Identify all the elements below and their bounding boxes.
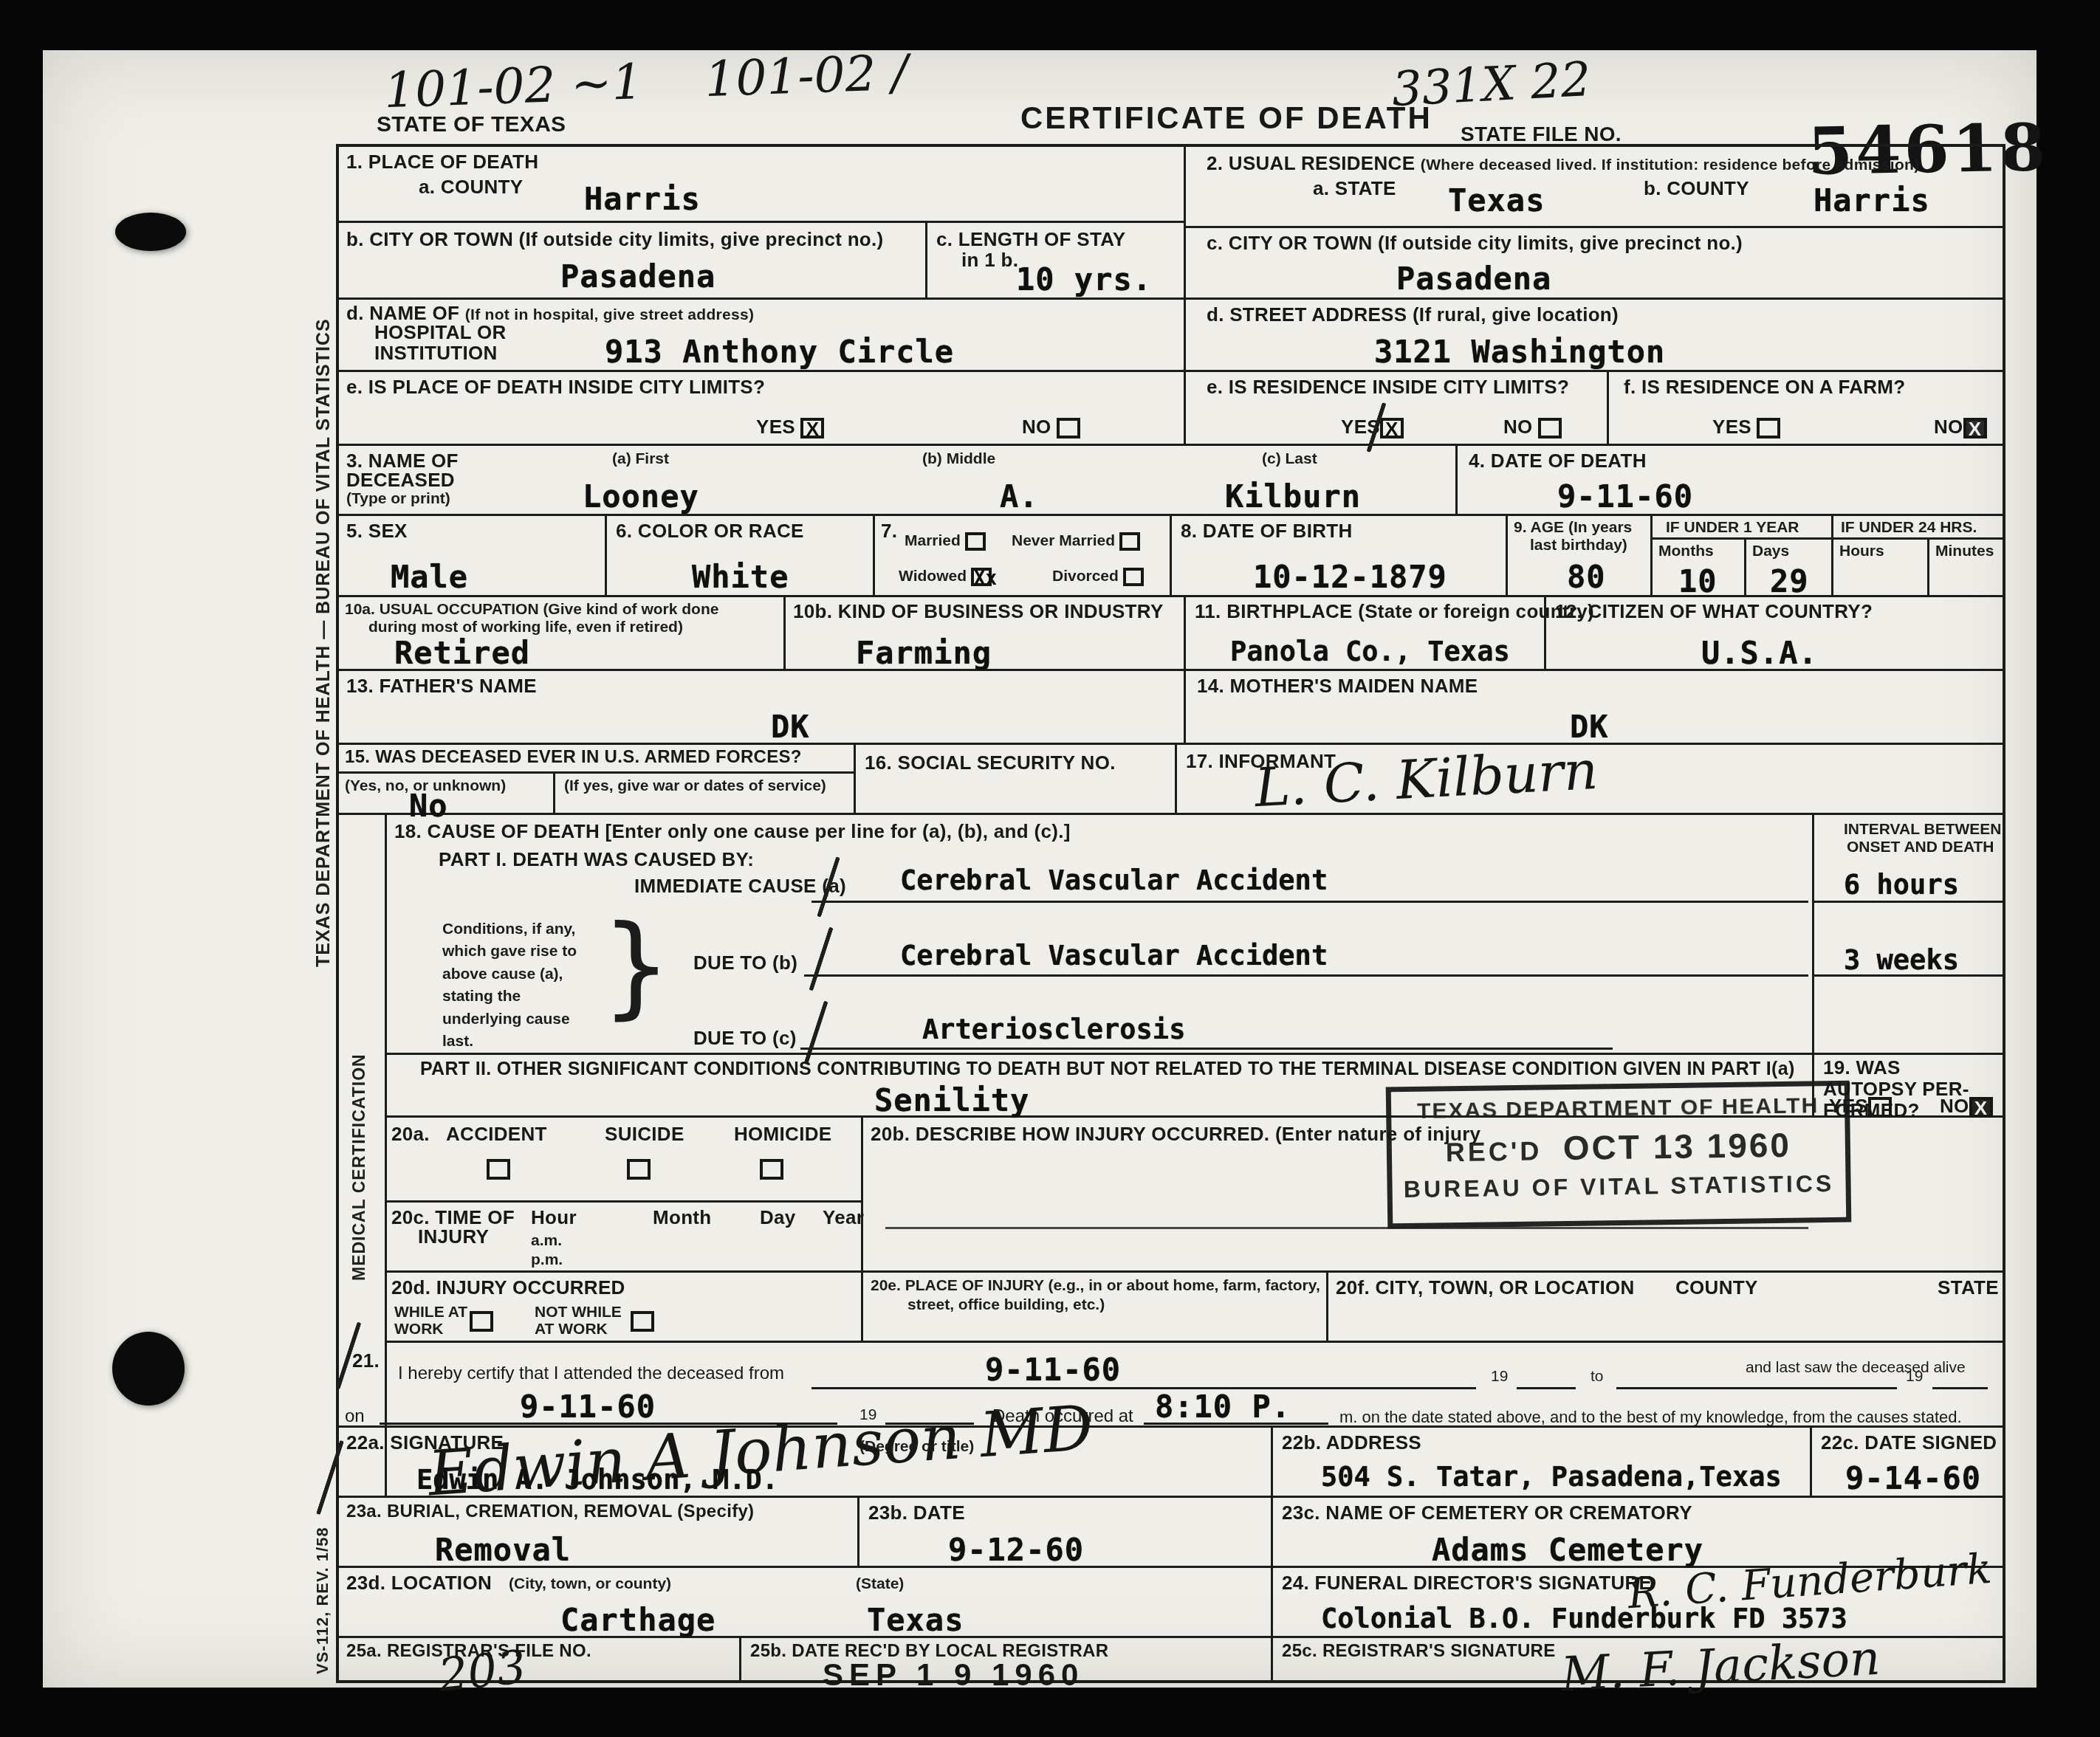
middle-name-label: (b) Middle bbox=[922, 450, 995, 467]
field-res-city-limits: e. IS RESIDENCE INSIDE CITY LIMITS? YESX… bbox=[1186, 372, 1609, 446]
degree-label: (Degree or title) bbox=[859, 1438, 974, 1455]
field-23a-burial: 23a. BURIAL, CREMATION, REMOVAL (Specify… bbox=[339, 1498, 859, 1568]
physician-name-typed: Edwin A. Johnson, M.D. bbox=[416, 1466, 778, 1493]
pod-stay-label2: in 1 b. bbox=[961, 250, 1018, 271]
field-res-street: d. STREET ADDRESS (If rural, give locati… bbox=[1186, 300, 2003, 372]
received-stamp: TEXAS DEPARTMENT OF HEALTH REC'D OCT 13 … bbox=[1386, 1081, 1852, 1229]
field-22c-date-signed: 22c. DATE SIGNED 9-14-60 bbox=[1812, 1428, 2003, 1498]
res-limits-no: NO bbox=[1503, 416, 1562, 438]
deceased-type-note: (Type or print) bbox=[346, 490, 450, 507]
field-usual-residence-state-county: 2. USUAL RESIDENCE (Where deceased lived… bbox=[1186, 147, 2003, 228]
cause-b-line bbox=[804, 974, 1808, 977]
under-1-year-label: IF UNDER 1 YEAR bbox=[1666, 519, 1799, 536]
due-to-b-value: Cerebral Vascular Accident bbox=[900, 942, 1328, 969]
pod-limits-no: NO bbox=[1022, 416, 1080, 438]
cert-to-label: to bbox=[1591, 1368, 1604, 1385]
interval-column: INTERVAL BETWEEN ONSET AND DEATH 6 hours… bbox=[1812, 815, 2003, 1053]
margin-dept-text: TEXAS DEPARTMENT OF HEALTH — BUREAU OF V… bbox=[313, 318, 334, 967]
citizen-label: 12. CITIZEN OF WHAT COUNTRY? bbox=[1555, 601, 1873, 622]
state-of-texas-label: STATE OF TEXAS bbox=[377, 112, 566, 137]
suicide-label: SUICIDE bbox=[605, 1124, 684, 1145]
cemetery-label: 23c. NAME OF CEMETERY OR CREMATORY bbox=[1282, 1502, 1692, 1524]
injury-writing-line bbox=[885, 1227, 1808, 1229]
scan-border-left bbox=[0, 0, 43, 1737]
month-label: Month bbox=[653, 1207, 711, 1228]
date-signed-label: 22c. DATE SIGNED bbox=[1821, 1432, 1997, 1454]
cause-a-line bbox=[811, 901, 1808, 903]
cert-line1-pre: I hereby certify that I attended the dec… bbox=[398, 1363, 784, 1384]
pod-city-label: b. CITY OR TOWN (If outside city limits,… bbox=[346, 229, 883, 250]
res-city-value: Pasadena bbox=[1396, 264, 1551, 295]
birthplace-value: Panola Co., Texas bbox=[1230, 638, 1510, 665]
immediate-cause-value: Cerebral Vascular Accident bbox=[900, 867, 1328, 894]
burial-type-value: Removal bbox=[435, 1535, 571, 1566]
accident-label: ACCIDENT bbox=[446, 1124, 547, 1145]
date-of-death-value: 9-11-60 bbox=[1557, 481, 1693, 512]
field-21-certification: 21. I hereby certify that I attended the… bbox=[339, 1343, 2003, 1428]
res-farm-no-checkbox: X bbox=[1963, 418, 1987, 438]
age-label2: last birthday) bbox=[1530, 537, 1627, 554]
field-25c-registrar-signature: 25c. REGISTRAR'S SIGNATURE M. F. Jackson bbox=[1273, 1638, 2003, 1683]
field-20a-violence: 20a. ACCIDENT SUICIDE HOMICIDE bbox=[387, 1118, 863, 1203]
field-father-name: 13. FATHER'S NAME DK bbox=[339, 671, 1186, 745]
res-farm-label: f. IS RESIDENCE ON A FARM? bbox=[1624, 376, 1905, 398]
scanned-document: TEXAS DEPARTMENT OF HEALTH — BUREAU OF V… bbox=[0, 0, 2100, 1737]
interval-label1: INTERVAL BETWEEN bbox=[1844, 821, 2002, 838]
pod-limits-label: e. IS PLACE OF DEATH INSIDE CITY LIMITS? bbox=[346, 376, 765, 398]
burial-type-label: 23a. BURIAL, CREMATION, REMOVAL (Specify… bbox=[346, 1502, 754, 1522]
under-24-hrs-label: IF UNDER 24 HRS. bbox=[1841, 519, 1977, 536]
res-city-label: c. CITY OR TOWN (If outside city limits,… bbox=[1207, 233, 1743, 254]
res-state-label: a. STATE bbox=[1313, 178, 1396, 199]
res-farm-yes-checkbox bbox=[1757, 418, 1780, 438]
industry-label: 10b. KIND OF BUSINESS OR INDUSTRY bbox=[793, 601, 1164, 622]
place-of-injury-label2: street, office building, etc.) bbox=[907, 1296, 1105, 1313]
deceased-label2: DECEASED bbox=[346, 469, 455, 491]
field-res-farm: f. IS RESIDENCE ON A FARM? YES NOX bbox=[1609, 372, 2003, 446]
race-label: 6. COLOR OR RACE bbox=[616, 520, 804, 542]
never-married-option: Never Married bbox=[1012, 532, 1140, 551]
funeral-director-typed: Colonial B.O. Funderburk FD 3573 bbox=[1321, 1605, 1847, 1632]
dob-label: 8. DATE OF BIRTH bbox=[1181, 520, 1353, 542]
residence-section-label: 2. USUAL RESIDENCE (Where deceased lived… bbox=[1207, 153, 1919, 174]
suicide-checkbox bbox=[627, 1159, 651, 1180]
months-value: 10 bbox=[1678, 566, 1718, 597]
occupation-label1: 10a. USUAL OCCUPATION (Give kind of work… bbox=[345, 601, 718, 618]
header-if-under-24-hrs: IF UNDER 24 HRS. bbox=[1833, 516, 2003, 540]
not-while-at-work-checkbox bbox=[631, 1311, 654, 1332]
field-cause-of-death: 18. CAUSE OF DEATH [Enter only one cause… bbox=[387, 815, 1812, 1053]
interval-a-line bbox=[1814, 901, 2005, 903]
dob-value: 10-12-1879 bbox=[1253, 562, 1447, 593]
field-date-of-death: 4. DATE OF DEATH 9-11-60 bbox=[1458, 446, 2003, 516]
first-name-value: Looney bbox=[583, 481, 699, 512]
field-23b-date: 23b. DATE 9-12-60 bbox=[859, 1498, 1273, 1568]
occupation-label2: during most of working life, even if ret… bbox=[368, 619, 683, 636]
stamp-line2: REC'D OCT 13 1960 bbox=[1392, 1124, 1846, 1171]
married-checkbox bbox=[965, 532, 986, 551]
location-sub2: (State) bbox=[856, 1575, 904, 1592]
year-label: Year bbox=[823, 1207, 864, 1228]
injury-20a-label: 20a. bbox=[391, 1124, 430, 1145]
pod-hospital-label2: HOSPITAL OR bbox=[374, 322, 507, 343]
autopsy-no-checkbox: X bbox=[1969, 1097, 1993, 1118]
ssn-label: 16. SOCIAL SECURITY NO. bbox=[865, 752, 1116, 774]
field-armed-forces: 15. WAS DECEASED EVER IN U.S. ARMED FORC… bbox=[339, 745, 856, 815]
accident-checkbox bbox=[487, 1159, 510, 1180]
field-age-minutes: Minutes bbox=[1929, 540, 2003, 597]
days-label: Days bbox=[1752, 543, 1789, 560]
never-married-checkbox bbox=[1119, 532, 1140, 551]
conditions-brace: } bbox=[601, 911, 671, 1022]
sex-value: Male bbox=[391, 562, 468, 593]
field-name-of-deceased: 3. NAME OF DECEASED (Type or print) (a) … bbox=[339, 446, 1458, 516]
autopsy-yes-checkbox bbox=[1868, 1097, 1892, 1118]
cert-on-label: on bbox=[345, 1406, 365, 1427]
days-value: 29 bbox=[1770, 566, 1809, 597]
pod-hospital-label3: INSTITUTION bbox=[374, 343, 498, 364]
due-to-c-label: DUE TO (c) bbox=[693, 1028, 797, 1049]
industry-value: Farming bbox=[856, 638, 992, 669]
field-ssn: 16. SOCIAL SECURITY NO. bbox=[856, 745, 1177, 815]
mother-label: 14. MOTHER'S MAIDEN NAME bbox=[1197, 675, 1478, 697]
pod-city-value: Pasadena bbox=[560, 261, 716, 292]
field-color-or-race: 6. COLOR OR RACE White bbox=[607, 516, 875, 597]
field-birthplace: 11. BIRTHPLACE (State or foreign country… bbox=[1186, 597, 1546, 671]
scan-border-top bbox=[0, 0, 2100, 50]
widowed-option: Widowed Xx bbox=[899, 568, 992, 586]
injury-occurred-label: 20d. INJURY OCCURRED bbox=[391, 1277, 625, 1299]
location-city-value: Carthage bbox=[560, 1605, 716, 1636]
address-value: 504 S. Tatar, Pasadena,Texas bbox=[1321, 1463, 1782, 1490]
hole-punch-bottom bbox=[112, 1332, 185, 1406]
field-pod-city: b. CITY OR TOWN (If outside city limits,… bbox=[339, 223, 927, 300]
cert-item-no: 21. bbox=[352, 1350, 380, 1372]
pod-limits-yes: YES X bbox=[756, 416, 824, 438]
header-if-under-1-year: IF UNDER 1 YEAR bbox=[1653, 516, 1833, 540]
field-pod-hospital: d. NAME OF (If not in hospital, give str… bbox=[339, 300, 1186, 372]
field-occupation: 10a. USUAL OCCUPATION (Give kind of work… bbox=[339, 597, 786, 671]
pod-county-value: Harris bbox=[584, 184, 701, 215]
interval-b-value: 3 weeks bbox=[1844, 946, 1959, 974]
field-res-city: c. CITY OR TOWN (If outside city limits,… bbox=[1186, 228, 2003, 300]
cert-19-a: 19 bbox=[1491, 1368, 1508, 1385]
part2-value: Senility bbox=[874, 1085, 1029, 1116]
injury-county-label: COUNTY bbox=[1675, 1277, 1758, 1299]
field-place-of-death-county: 1. PLACE OF DEATH a. COUNTY Harris bbox=[339, 147, 1186, 223]
marital-label: 7. bbox=[881, 520, 897, 542]
hours-label: Hours bbox=[1839, 543, 1884, 560]
forces-label: 15. WAS DECEASED EVER IN U.S. ARMED FORC… bbox=[345, 748, 802, 768]
cert-from-date: 9-11-60 bbox=[985, 1355, 1121, 1386]
field-20d-occurred: 20d. INJURY OCCURRED WHILE AT WORK NOT W… bbox=[387, 1273, 863, 1343]
occupation-value: Retired bbox=[394, 638, 530, 669]
middle-name-value: A. bbox=[1000, 481, 1039, 512]
scan-border-right bbox=[2036, 0, 2100, 1737]
injury-state-label: STATE bbox=[1938, 1277, 1999, 1299]
pod-limits-yes-checkbox: X bbox=[800, 418, 824, 438]
field-age-days: Days 29 bbox=[1746, 540, 1833, 597]
stamp-line1: TEXAS DEPARTMENT OF HEALTH bbox=[1391, 1093, 1845, 1125]
field-date-of-birth: 8. DATE OF BIRTH 10-12-1879 bbox=[1172, 516, 1508, 597]
burial-date-value: 9-12-60 bbox=[948, 1535, 1084, 1566]
date-signed-value: 9-14-60 bbox=[1845, 1463, 1981, 1494]
date-received-stamp: SEP 1 9 1960 bbox=[823, 1657, 1084, 1693]
not-while-at-work-label: NOT WHILE AT WORK bbox=[535, 1304, 631, 1338]
part2-label: PART II. OTHER SIGNIFICANT CONDITIONS CO… bbox=[420, 1059, 1795, 1079]
place-of-injury-label1: 20e. PLACE OF INJURY (e.g., in or about … bbox=[871, 1277, 1320, 1294]
race-value: White bbox=[692, 562, 789, 593]
age-value: 80 bbox=[1567, 562, 1606, 593]
field-marital-status: 7. Married Never Married Widowed Xx Divo… bbox=[875, 516, 1172, 597]
cause-section-label: 18. CAUSE OF DEATH [Enter only one cause… bbox=[394, 821, 1071, 842]
scan-border-bottom bbox=[0, 1688, 2100, 1737]
pod-county-label: a. COUNTY bbox=[419, 176, 523, 198]
location-sub1: (City, town, or county) bbox=[509, 1575, 671, 1592]
handwritten-check-cause-b bbox=[809, 926, 834, 991]
date-of-death-label: 4. DATE OF DEATH bbox=[1469, 450, 1647, 472]
cert-death-time: 8:10 P. bbox=[1155, 1392, 1291, 1423]
field-age-months: Months 10 bbox=[1653, 540, 1746, 597]
last-name-label: (c) Last bbox=[1262, 450, 1317, 467]
cause-part1-label: PART I. DEATH WAS CAUSED BY: bbox=[439, 849, 754, 870]
field-informant: 17. INFORMANT L. C. Kilburn bbox=[1177, 745, 2003, 815]
widowed-checkbox: Xx bbox=[971, 568, 992, 586]
field-pod-city-limits: e. IS PLACE OF DEATH INSIDE CITY LIMITS?… bbox=[339, 372, 1186, 446]
pod-stay-value: 10 yrs. bbox=[1016, 264, 1152, 295]
stamp-line3: BUREAU OF VITAL STATISTICS bbox=[1392, 1170, 1845, 1204]
certificate-title: CERTIFICATE OF DEATH bbox=[1020, 100, 1432, 135]
res-street-value: 3121 Washington bbox=[1374, 337, 1665, 368]
field-23d-location: 23d. LOCATION (City, town, or county) (S… bbox=[339, 1568, 1273, 1638]
pod-limits-no-checkbox bbox=[1057, 418, 1080, 438]
pod-hospital-value: 913 Anthony Circle bbox=[605, 337, 954, 368]
res-state-value: Texas bbox=[1448, 185, 1545, 216]
autopsy-top-line bbox=[1814, 1053, 2005, 1055]
field-pod-length-of-stay: c. LENGTH OF STAY in 1 b. 10 yrs. bbox=[927, 223, 1186, 300]
funeral-director-label: 24. FUNERAL DIRECTOR'S SIGNATURE bbox=[1282, 1572, 1652, 1594]
autopsy-no: NOX bbox=[1940, 1095, 1993, 1118]
forces-sub2-label: (If yes, give war or dates of service) bbox=[564, 777, 826, 794]
cert-line1-post: and last saw the deceased alive bbox=[1746, 1359, 1966, 1377]
cert-19b-line bbox=[1932, 1387, 1988, 1389]
certificate-form: 1. PLACE OF DEATH a. COUNTY Harris 2. US… bbox=[336, 144, 2005, 1683]
field-24-funeral-director: 24. FUNERAL DIRECTOR'S SIGNATURE R. C. F… bbox=[1273, 1568, 2003, 1638]
stamp-recd: REC'D bbox=[1446, 1135, 1543, 1167]
divorced-checkbox bbox=[1123, 568, 1144, 586]
cert-last-seen-date: 9-11-60 bbox=[520, 1392, 656, 1423]
interval-a-value: 6 hours bbox=[1844, 871, 1959, 898]
citizen-value: U.S.A. bbox=[1701, 638, 1818, 669]
location-state-value: Texas bbox=[867, 1605, 964, 1636]
field-mother-name: 14. MOTHER'S MAIDEN NAME DK bbox=[1186, 671, 2003, 745]
interval-b-line bbox=[1814, 974, 2005, 977]
res-limits-label: e. IS RESIDENCE INSIDE CITY LIMITS? bbox=[1207, 376, 1569, 398]
cert-to-line bbox=[1616, 1387, 1897, 1389]
cert-line2-post: m. on the date stated above, and to the … bbox=[1339, 1408, 1962, 1427]
burial-date-label: 23b. DATE bbox=[868, 1502, 965, 1524]
res-farm-no: NOX bbox=[1934, 416, 1987, 438]
margin-form-code: VS-112, REV. 1/58 bbox=[313, 1527, 332, 1674]
minutes-label: Minutes bbox=[1935, 543, 1994, 560]
res-county-value: Harris bbox=[1814, 185, 1930, 216]
married-option: Married bbox=[905, 532, 986, 551]
res-county-label: b. COUNTY bbox=[1644, 178, 1749, 199]
field-20c-time: 20c. TIME OF INJURY Hour Month Day Year … bbox=[387, 1203, 863, 1273]
forces-divider bbox=[339, 771, 856, 774]
while-at-work-checkbox bbox=[470, 1311, 493, 1332]
last-name-value: Kilburn bbox=[1225, 481, 1361, 512]
time-of-injury-label2: INJURY bbox=[418, 1226, 489, 1248]
stamp-date: OCT 13 1960 bbox=[1562, 1126, 1791, 1167]
part2-top-line bbox=[387, 1053, 1812, 1055]
father-value: DK bbox=[771, 712, 810, 743]
hole-punch-top bbox=[115, 213, 186, 251]
sex-label: 5. SEX bbox=[346, 520, 408, 542]
address-label: 22b. ADDRESS bbox=[1282, 1432, 1421, 1454]
cause-c-line bbox=[800, 1048, 1613, 1050]
first-name-label: (a) First bbox=[612, 450, 669, 467]
field-25a-registrar-file: 25a. REGISTRAR'S FILE NO. 203 bbox=[339, 1638, 741, 1683]
day-label: Day bbox=[760, 1207, 796, 1228]
registrar-signature-label: 25c. REGISTRAR'S SIGNATURE bbox=[1282, 1642, 1555, 1662]
am-label: a.m. bbox=[531, 1232, 562, 1249]
age-label1: 9. AGE (In years bbox=[1514, 519, 1632, 536]
hour-label: Hour bbox=[531, 1207, 577, 1228]
pod-stay-label: c. LENGTH OF STAY bbox=[936, 229, 1125, 250]
cert-19a-line bbox=[1517, 1387, 1576, 1389]
field-20f-location: 20f. CITY, TOWN, OR LOCATION COUNTY STAT… bbox=[1328, 1273, 2003, 1343]
months-label: Months bbox=[1658, 543, 1714, 560]
conditions-note: Conditions, if any, which gave rise to a… bbox=[442, 918, 601, 1053]
pm-label: p.m. bbox=[531, 1251, 563, 1268]
cert-from-line bbox=[811, 1387, 1476, 1389]
location-label: 23d. LOCATION bbox=[346, 1572, 492, 1594]
state-file-no-label: STATE FILE NO. bbox=[1461, 123, 1622, 145]
cemetery-value: Adams Cemetery bbox=[1432, 1535, 1703, 1566]
divorced-option: Divorced bbox=[1052, 568, 1144, 586]
field-industry: 10b. KIND OF BUSINESS OR INDUSTRY Farmin… bbox=[786, 597, 1186, 671]
field-20e-place: 20e. PLACE OF INJURY (e.g., in or about … bbox=[863, 1273, 1328, 1343]
field-sex: 5. SEX Male bbox=[339, 516, 607, 597]
field-citizen: 12. CITIZEN OF WHAT COUNTRY? U.S.A. bbox=[1546, 597, 2003, 671]
res-farm-yes: YES bbox=[1712, 416, 1780, 438]
homicide-label: HOMICIDE bbox=[734, 1124, 831, 1145]
forces-subdivider bbox=[553, 771, 555, 815]
interval-label2: ONSET AND DEATH bbox=[1847, 839, 1994, 856]
res-limits-yes-checkbox: X bbox=[1380, 418, 1404, 438]
birthplace-label: 11. BIRTHPLACE (State or foreign country… bbox=[1195, 601, 1594, 622]
due-to-c-value: Arteriosclerosis bbox=[922, 1016, 1185, 1043]
injury-city-label: 20f. CITY, TOWN, OR LOCATION bbox=[1336, 1277, 1635, 1299]
res-street-label: d. STREET ADDRESS (If rural, give locati… bbox=[1207, 304, 1619, 326]
field-22a-signature: 22a. SIGNATURE Edwin A Johnson MD (Degre… bbox=[339, 1428, 1273, 1498]
field-age: 9. AGE (In years last birthday) 80 bbox=[1508, 516, 1653, 597]
immediate-cause-label: IMMEDIATE CAUSE (a) bbox=[634, 876, 846, 897]
registrar-file-value: 203 bbox=[436, 1640, 529, 1702]
res-limits-no-checkbox bbox=[1538, 418, 1562, 438]
homicide-checkbox bbox=[760, 1159, 783, 1180]
due-to-b-label: DUE TO (b) bbox=[693, 952, 797, 974]
field-22b-address: 22b. ADDRESS 504 S. Tatar, Pasadena,Texa… bbox=[1273, 1428, 1812, 1498]
field-25b-date-received: 25b. DATE REC'D BY LOCAL REGISTRAR SEP 1… bbox=[741, 1638, 1273, 1683]
father-label: 13. FATHER'S NAME bbox=[346, 675, 537, 697]
place-of-death-section-label: 1. PLACE OF DEATH bbox=[346, 151, 538, 173]
mother-value: DK bbox=[1570, 712, 1609, 743]
field-age-hours: Hours bbox=[1833, 540, 1929, 597]
